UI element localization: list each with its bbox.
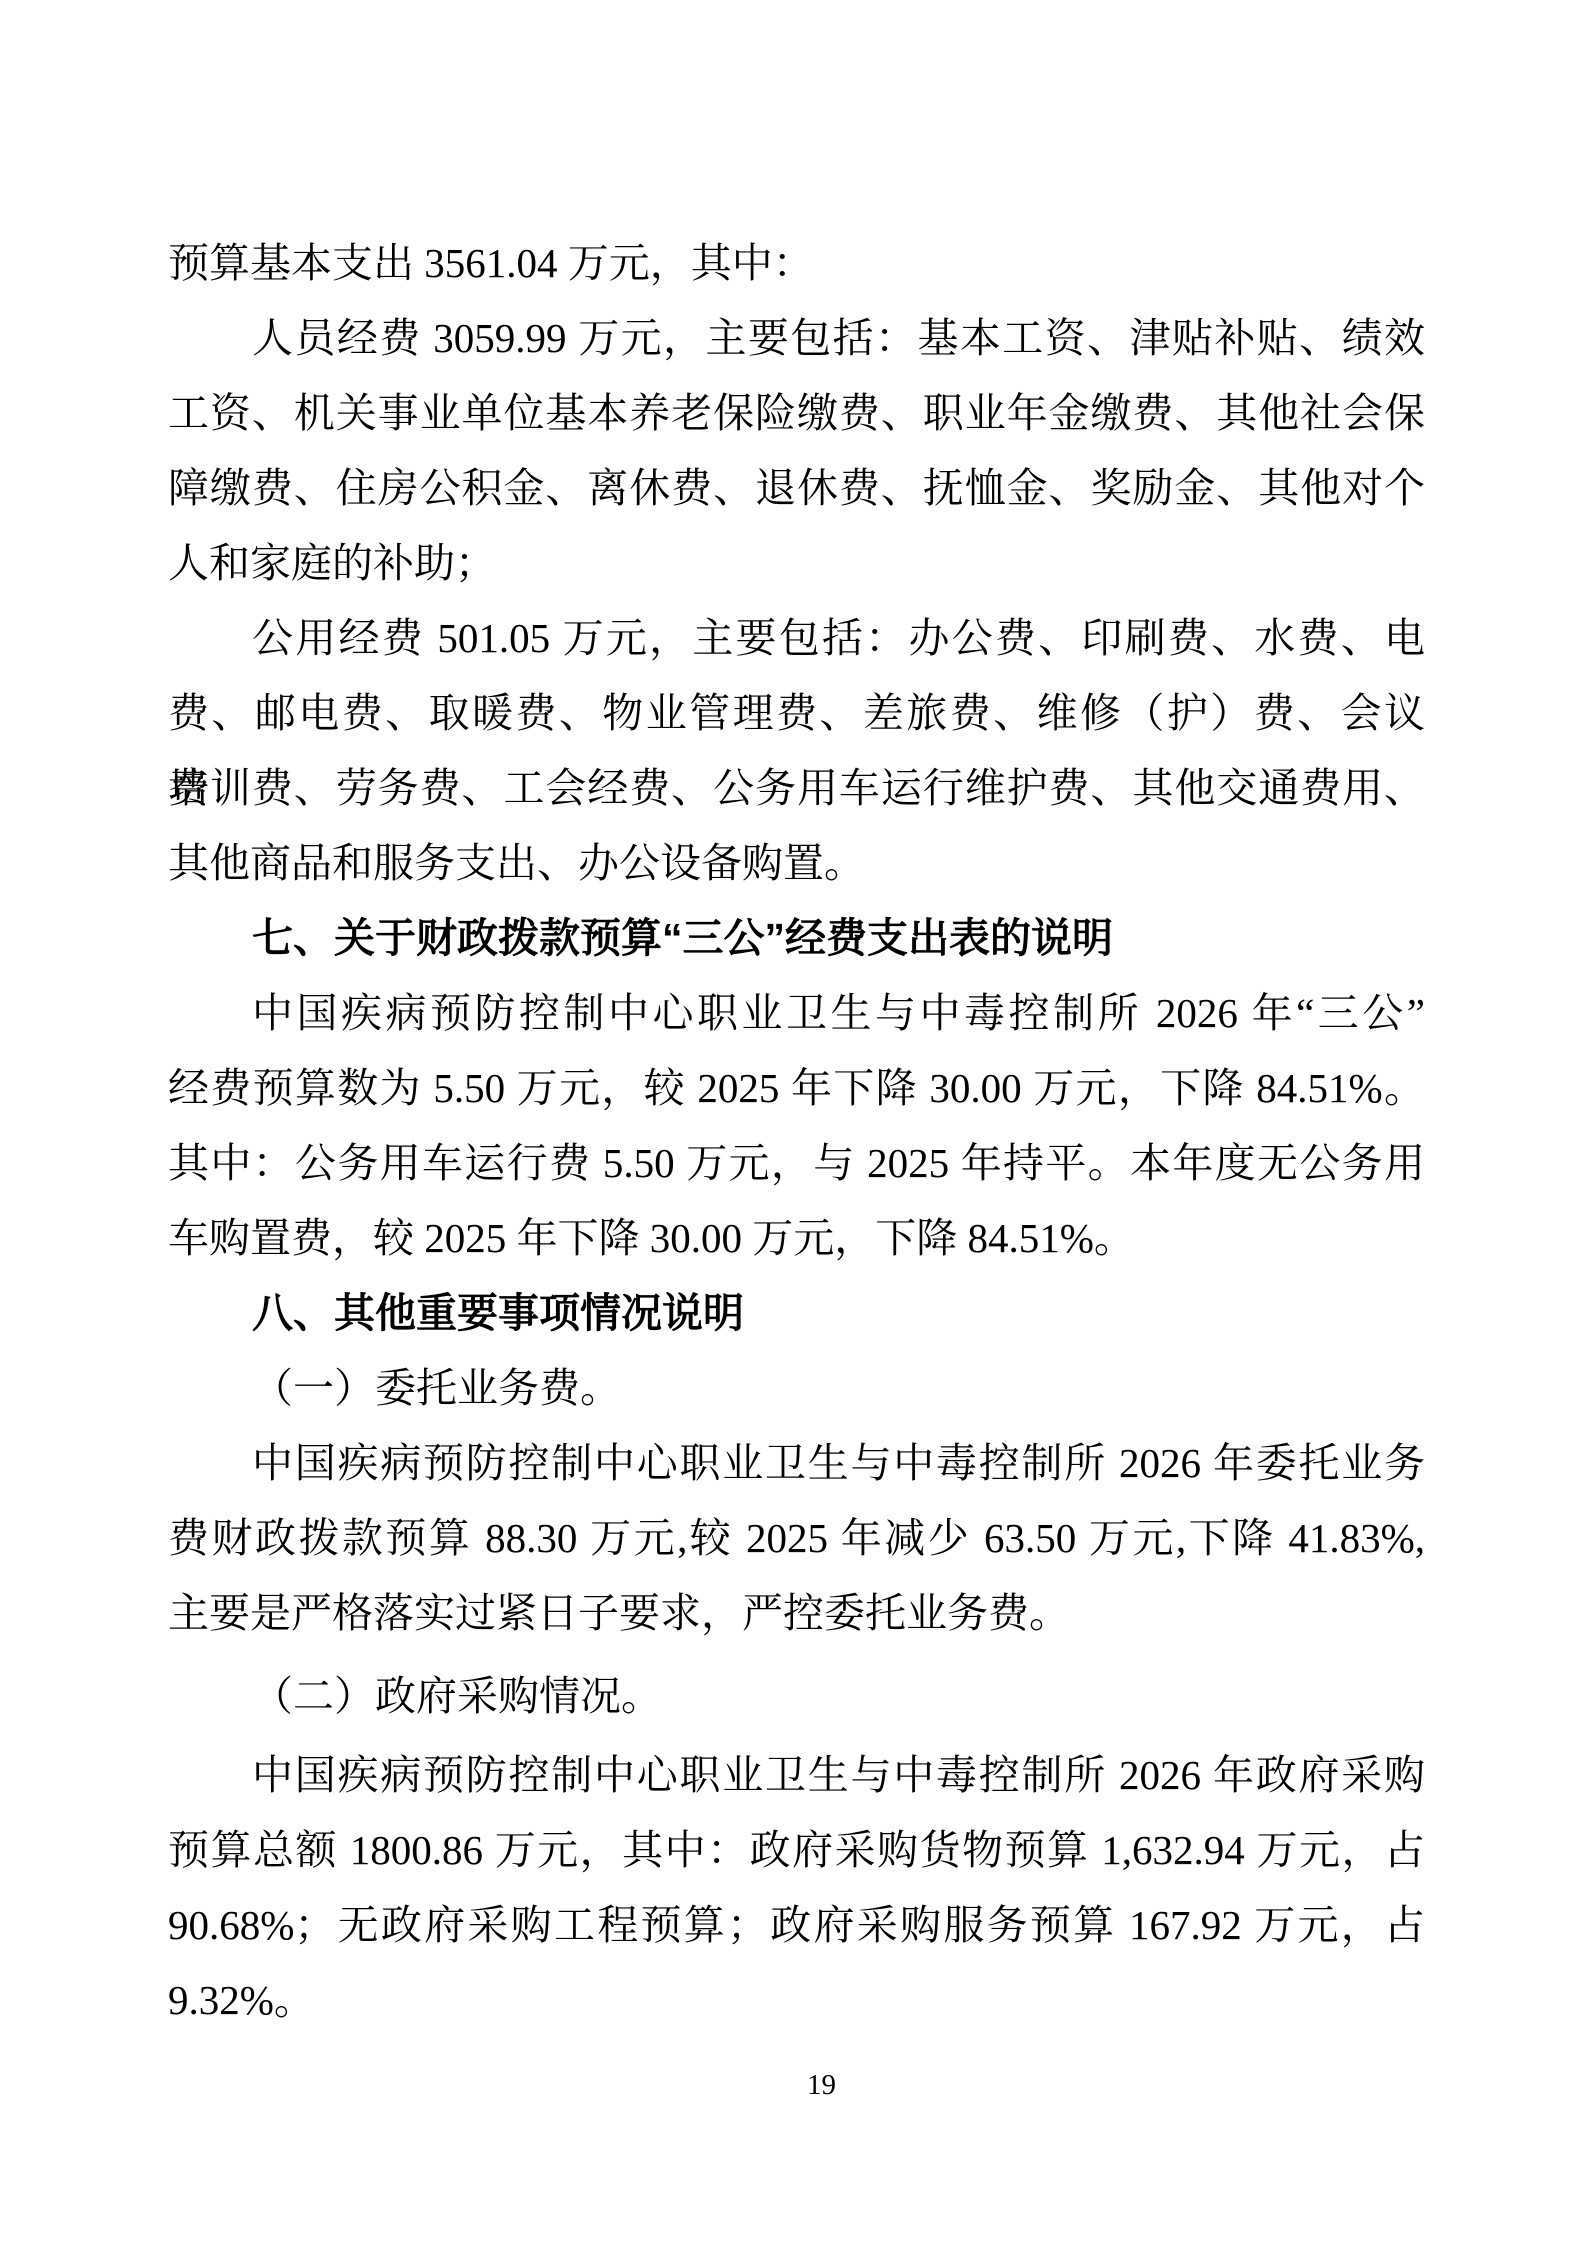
text-line: 费财政拨款预算 88.30 万元,较 2025 年减少 63.50 万元,下降 … <box>168 1501 1425 1576</box>
text-line: 公用经费 501.05 万元，主要包括：办公费、印刷费、水费、电 <box>168 601 1425 676</box>
page-number: 19 <box>28 2068 1587 2102</box>
text-line: 费、邮电费、取暖费、物业管理费、差旅费、维修（护）费、会议费、 <box>168 676 1425 751</box>
text-line: 中国疾病预防控制中心职业卫生与中毒控制所 2026 年政府采购 <box>168 1738 1425 1813</box>
text-line: 工资、机关事业单位基本养老保险缴费、职业年金缴费、其他社会保 <box>168 376 1425 451</box>
text-line: 主要是严格落实过紧日子要求，严控委托业务费。 <box>168 1576 1425 1651</box>
document-body: 预算基本支出 3561.04 万元，其中：人员经费 3059.99 万元，主要包… <box>0 0 1587 2245</box>
text-line: 人员经费 3059.99 万元，主要包括：基本工资、津贴补贴、绩效 <box>168 301 1425 376</box>
text-line: 中国疾病预防控制中心职业卫生与中毒控制所 2026 年“三公” <box>168 976 1425 1051</box>
text-line: （二）政府采购情况。 <box>168 1659 1425 1734</box>
text-line: 其他商品和服务支出、办公设备购置。 <box>168 826 1425 901</box>
text-line: 中国疾病预防控制中心职业卫生与中毒控制所 2026 年委托业务 <box>168 1426 1425 1501</box>
text-line: 90.68%；无政府采购工程预算；政府采购服务预算 167.92 万元，占 <box>168 1888 1425 1963</box>
text-line: 人和家庭的补助； <box>168 526 1425 601</box>
text-line: 障缴费、住房公积金、离休费、退休费、抚恤金、奖励金、其他对个 <box>168 451 1425 526</box>
text-line: 其中：公务用车运行费 5.50 万元，与 2025 年持平。本年度无公务用 <box>168 1126 1425 1201</box>
section-heading: 八、其他重要事项情况说明 <box>168 1276 1425 1351</box>
document-page: 预算基本支出 3561.04 万元，其中：人员经费 3059.99 万元，主要包… <box>0 0 1587 2245</box>
text-line: 9.32%。 <box>168 1963 1425 2038</box>
text-line: 培训费、劳务费、工会经费、公务用车运行维护费、其他交通费用、 <box>168 751 1425 826</box>
text-line: （一）委托业务费。 <box>168 1351 1425 1426</box>
text-line: 车购置费，较 2025 年下降 30.00 万元，下降 84.51%。 <box>168 1201 1425 1276</box>
section-heading: 七、关于财政拨款预算“三公”经费支出表的说明 <box>168 901 1425 976</box>
text-line: 预算基本支出 3561.04 万元，其中： <box>168 226 1425 301</box>
text-line: 预算总额 1800.86 万元，其中：政府采购货物预算 1,632.94 万元，… <box>168 1813 1425 1888</box>
text-line: 经费预算数为 5.50 万元，较 2025 年下降 30.00 万元，下降 84… <box>168 1051 1425 1126</box>
